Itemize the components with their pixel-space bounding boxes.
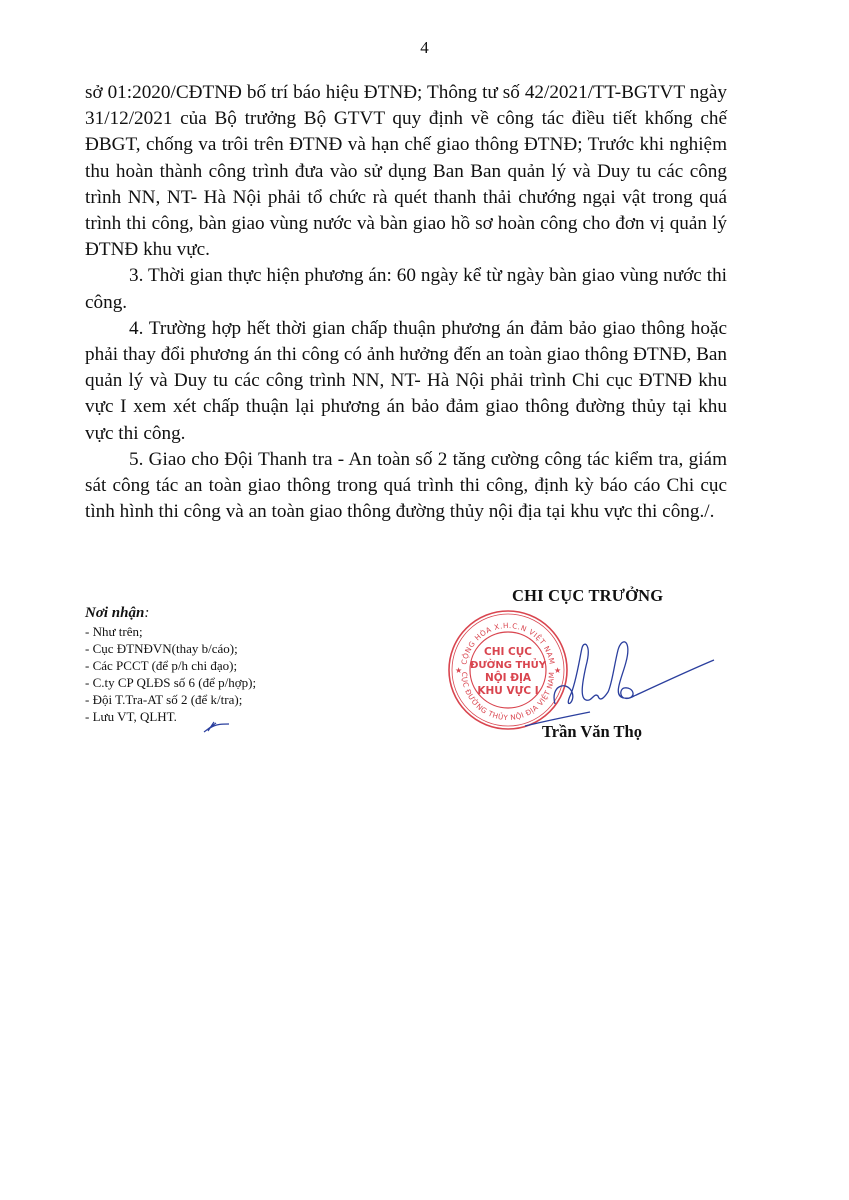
recipients-title-colon: : — [144, 605, 149, 621]
recipient-item: - Đội T.Tra-AT số 2 (để k/tra); — [85, 691, 256, 708]
paragraph-continuation: sở 01:2020/CĐTNĐ bố trí báo hiệu ĐTNĐ; T… — [85, 80, 727, 263]
recipients-title: Nơi nhận: — [85, 604, 256, 623]
paragraph-item-5: 5. Giao cho Đội Thanh tra - An toàn số 2… — [85, 447, 727, 526]
svg-text:★: ★ — [455, 666, 462, 675]
recipient-item: - Như trên; — [85, 623, 256, 640]
paragraph-item-3: 3. Thời gian thực hiện phương án: 60 ngà… — [85, 263, 727, 315]
signer-title: CHI CỤC TRƯỞNG — [512, 586, 663, 606]
document-body: sở 01:2020/CĐTNĐ bố trí báo hiệu ĐTNĐ; T… — [85, 80, 727, 525]
recipients-block: Nơi nhận: - Như trên; - Cục ĐTNĐVN(thay … — [85, 604, 256, 725]
recipients-title-text: Nơi nhận — [85, 605, 144, 621]
paragraph-item-4: 4. Trường hợp hết thời gian chấp thuận p… — [85, 316, 727, 447]
handwritten-signature-icon — [500, 626, 720, 736]
recipient-item: - Các PCCT (để p/h chi đạo); — [85, 657, 256, 674]
initials-mark-icon — [202, 720, 232, 734]
recipient-item: - Cục ĐTNĐVN(thay b/cáo); — [85, 640, 256, 657]
signer-name: Trần Văn Thọ — [542, 722, 642, 742]
recipient-item: - C.ty CP QLĐS số 6 (để p/hợp); — [85, 674, 256, 691]
page-number: 4 — [0, 38, 849, 58]
